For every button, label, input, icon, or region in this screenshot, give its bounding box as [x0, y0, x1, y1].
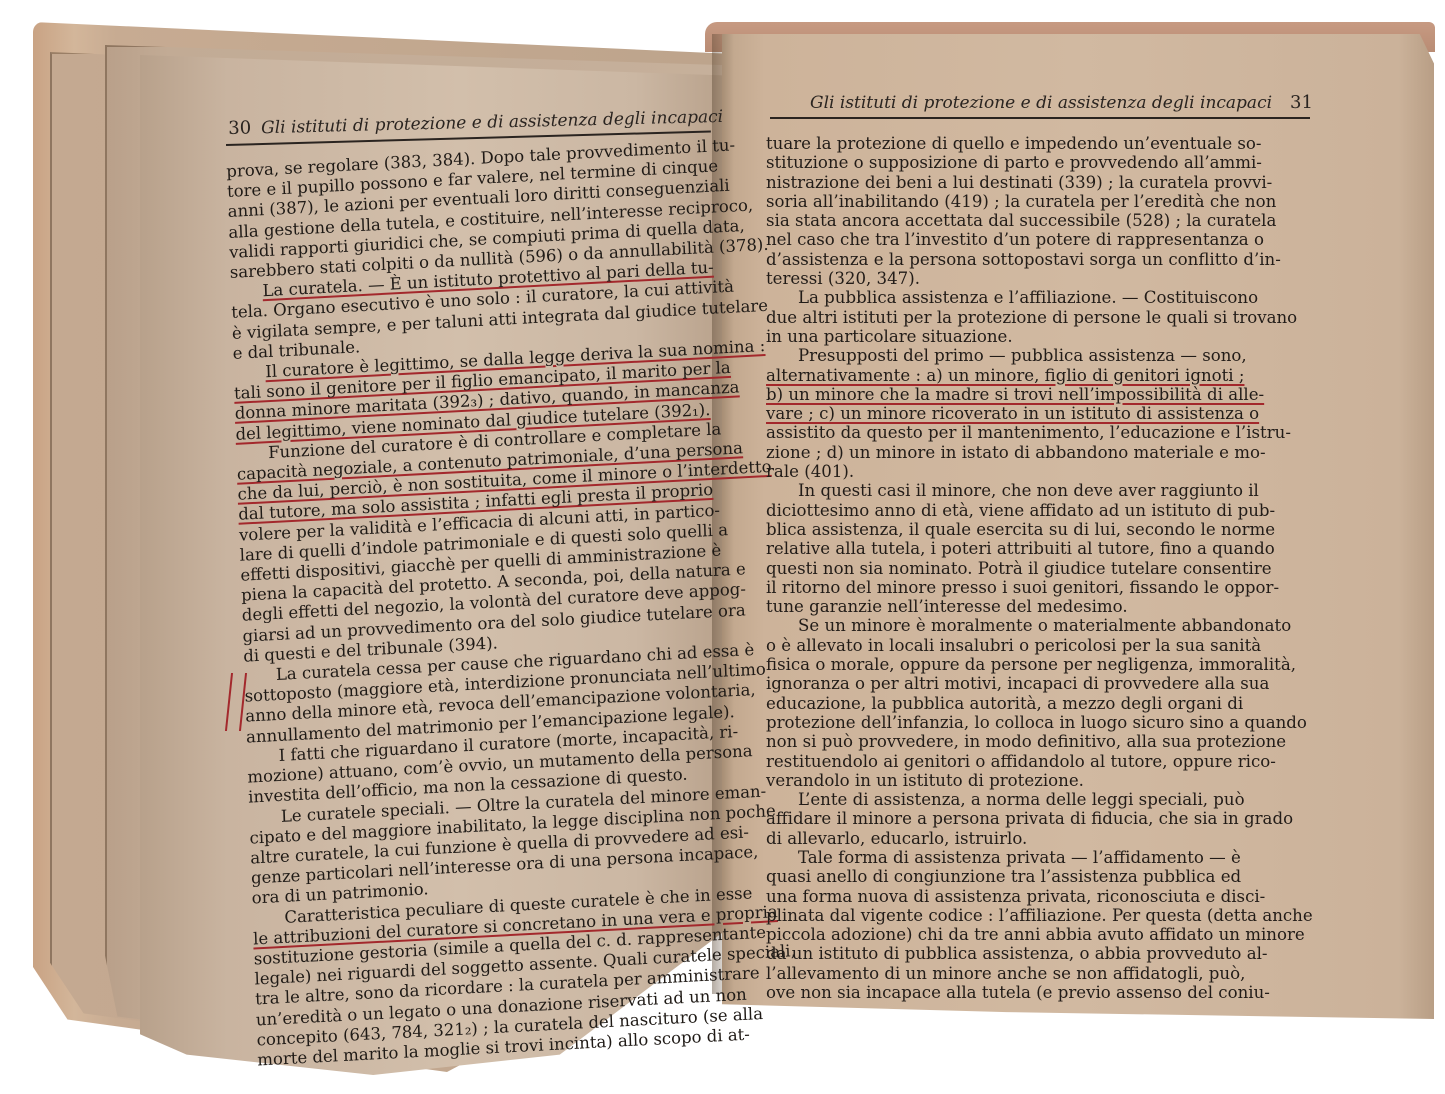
text-line: o è allevato in locali insalubri o peric… — [766, 636, 1312, 655]
text-line: fisica o morale, oppure da persone per n… — [766, 655, 1312, 674]
text-line: il ritorno del minore presso i suoi geni… — [766, 578, 1312, 597]
text-line: l’allevamento di un minore anche se non … — [766, 964, 1312, 983]
text-line: ove non sia incapace alla tutela (e prev… — [766, 983, 1312, 1002]
right-page-text: tuare la protezione di quello e impedend… — [766, 134, 1312, 1002]
text-line: tuare la protezione di quello e impedend… — [766, 134, 1312, 153]
text-line: tune garanzie nell’interesse del medesim… — [766, 597, 1312, 616]
text-line: nel caso che tra l’investito d’un potere… — [766, 230, 1312, 249]
text-line: restituendolo ai genitori o affidandolo … — [766, 752, 1312, 771]
right-running-head: Gli istituti di protezione e di assisten… — [800, 92, 1313, 113]
right-page-number: 31 — [1290, 92, 1313, 113]
text-line: teressi (320, 347). — [766, 269, 1312, 288]
text-line: assistito da questo per il mantenimento,… — [766, 423, 1312, 442]
text-line: in una particolare situazione. — [766, 327, 1312, 346]
text-line: piccola adozione) chi da tre anni abbia … — [766, 925, 1312, 944]
right-head-rule — [770, 117, 1310, 119]
section-heading-pubblica-assistenza: La pubblica assistenza e l’affiliazione.… — [766, 288, 1312, 307]
text-line: di allevarlo, educarlo, istruirlo. — [766, 829, 1312, 848]
text-line: blica assistenza, il quale esercita su d… — [766, 520, 1312, 539]
text-line: nistrazione dei beni a lui destinati (33… — [766, 173, 1312, 192]
text-line: Presupposti del primo — pubblica assiste… — [766, 346, 1312, 365]
text-line: questi non sia nominato. Potrà il giudic… — [766, 559, 1312, 578]
text-line: plinata dal vigente codice : l’affiliazi… — [766, 906, 1312, 925]
left-page-number: 30 — [228, 117, 251, 139]
text-line: sia stata ancora accettata dal successib… — [766, 211, 1312, 230]
text-line: soria all’inabilitando (419) ; la curate… — [766, 192, 1312, 211]
right-running-title: Gli istituti di protezione e di assisten… — [810, 93, 1272, 113]
text-line: educazione, la pubblica autorità, a mezz… — [766, 694, 1312, 713]
text-line: rale (401). — [766, 462, 1312, 481]
text-line: quasi anello di congiunzione tra l’assis… — [766, 867, 1312, 886]
text-line: protezione dell’infanzia, lo colloca in … — [766, 713, 1312, 732]
text-line: diciottesimo anno di età, viene affidato… — [766, 501, 1312, 520]
open-book: 30Gli istituti di protezione e di assist… — [0, 0, 1445, 1094]
text-line: non si può provvedere, in modo definitiv… — [766, 732, 1312, 751]
text-line: affidare il minore a persona privata di … — [766, 809, 1312, 828]
text-line: da un istituto di pubblica assistenza, o… — [766, 944, 1312, 963]
text-line: zione ; d) un minore in istato di abband… — [766, 443, 1312, 462]
text-line: d’assistenza e la persona sottopostavi s… — [766, 250, 1312, 269]
underlined-line: alternativamente : a) un minore, figlio … — [766, 366, 1312, 385]
left-page-text: prova, se regolare (383, 384). Dopo tale… — [226, 136, 749, 1070]
text-line: Se un minore è moralmente o materialment… — [766, 616, 1312, 635]
text-line: verandolo in un istituto di protezione. — [766, 771, 1312, 790]
text-line: due altri istituti per la protezione di … — [766, 308, 1312, 327]
text-line: Tale forma di assistenza privata — l’aff… — [766, 848, 1312, 867]
underlined-line: vare ; c) un minore ricoverato in un ist… — [766, 404, 1312, 423]
underlined-line: b) un minore che la madre si trovi nell’… — [766, 385, 1312, 404]
text-line: ignoranza o per altri motivi, incapaci d… — [766, 674, 1312, 693]
text-line: relative alla tutela, i poteri attribuit… — [766, 539, 1312, 558]
text-line: stituzione o supposizione di parto e pro… — [766, 153, 1312, 172]
text-line: In questi casi il minore, che non deve a… — [766, 481, 1312, 500]
text-line: una forma nuova di assistenza privata, r… — [766, 887, 1312, 906]
text-line: L’ente di assistenza, a norma delle legg… — [766, 790, 1312, 809]
